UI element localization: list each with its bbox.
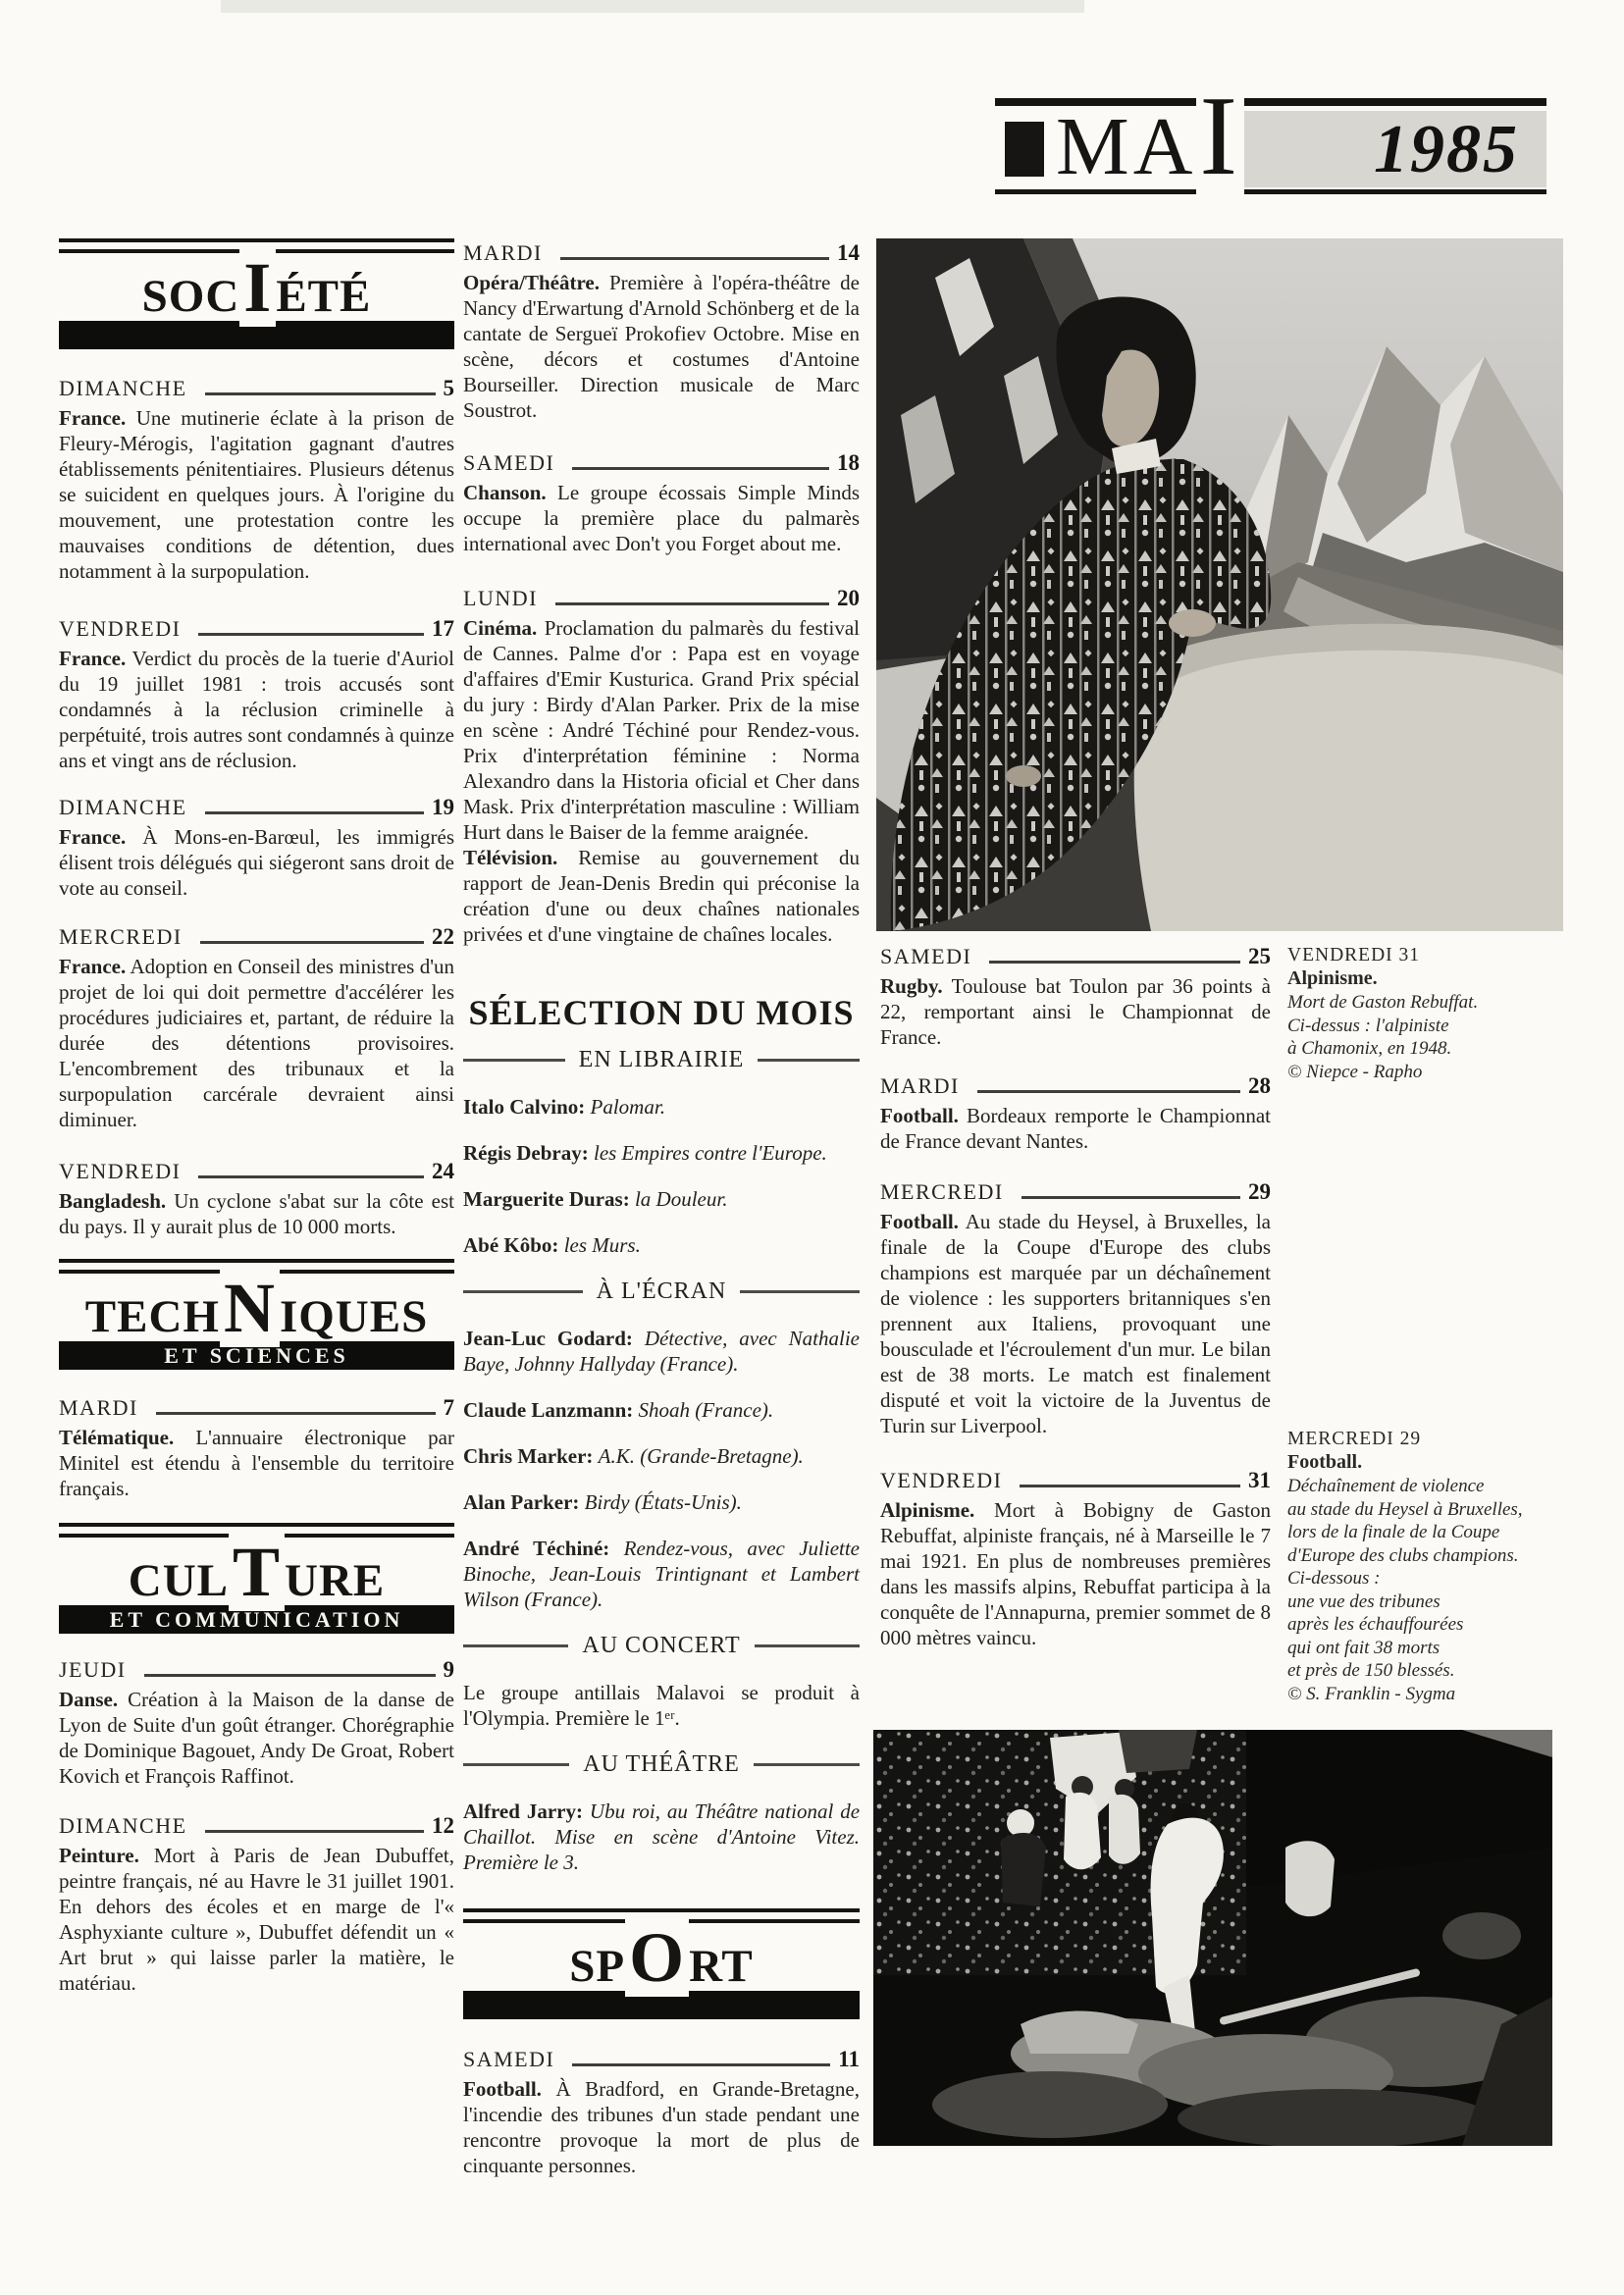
- section-title-pre: TECH: [85, 1291, 220, 1342]
- caption-day: MERCREDI 29: [1287, 1428, 1574, 1451]
- caption-football: MERCREDI 29 Football. Déchaînement de vi…: [1287, 1428, 1574, 1705]
- director-name: André Téchiné:: [463, 1537, 609, 1560]
- caption-credit: © S. Franklin - Sygma: [1287, 1683, 1574, 1706]
- work-title: A.K. (Grande-Bretagne).: [599, 1444, 804, 1468]
- entry-topic: Bangladesh.: [59, 1189, 166, 1213]
- entry-day-number: 9: [444, 1657, 455, 1683]
- entry-day-number: 28: [1248, 1073, 1271, 1099]
- entry-vendredi-31: VENDREDI 31 Alpinisme. Mort à Bobigny de…: [880, 1468, 1271, 1650]
- book-item: Italo Calvino: Palomar.: [463, 1094, 860, 1120]
- entry-body: Alpinisme. Mort à Bobigny de Gaston Rebu…: [880, 1497, 1271, 1650]
- entry-day-number: 11: [838, 2047, 860, 2072]
- subhead-rule-left: [463, 1290, 583, 1293]
- entry-day: DIMANCHE: [59, 1813, 187, 1839]
- entry-body: France. Une mutinerie éclate à la prison…: [59, 405, 454, 584]
- entry-vendredi-24: VENDREDI 24 Bangladesh. Un cyclone s'aba…: [59, 1159, 454, 1239]
- entry-body: Peinture. Mort à Paris de Jean Dubuffet,…: [59, 1843, 454, 1996]
- section-title-post: URE: [285, 1555, 385, 1606]
- entry-samedi-25: SAMEDI 25 Rugby. Toulouse bat Toulon par…: [880, 944, 1271, 1050]
- entry-day-number: 25: [1248, 944, 1271, 969]
- film-item: Alan Parker: Birdy (États-Unis).: [463, 1489, 860, 1515]
- entry-day: MERCREDI: [880, 1179, 1004, 1205]
- section-title-big-letter: I: [239, 248, 276, 327]
- entry-mardi-7: MARDI 7 Télématique. L'annuaire électron…: [59, 1395, 454, 1501]
- section-banner-sport: SPORT: [463, 1908, 860, 2019]
- entry-header: VENDREDI 17: [59, 616, 454, 642]
- entry-body: Bangladesh. Un cyclone s'abat sur la côt…: [59, 1188, 454, 1239]
- entry-day: MARDI: [59, 1395, 138, 1421]
- entry-samedi-11: SAMEDI 11 Football. À Bradford, en Grand…: [463, 2047, 860, 2178]
- entry-day: SAMEDI: [880, 944, 971, 969]
- entry-topic: France.: [59, 406, 126, 430]
- entry-topic: Football.: [880, 1104, 959, 1127]
- caption-day: VENDREDI 31: [1287, 944, 1574, 967]
- entry-text: Au stade du Heysel, à Bruxelles, la fina…: [880, 1210, 1271, 1437]
- entry-vendredi-17: VENDREDI 17 France. Verdict du procès de…: [59, 616, 454, 773]
- entry-rule: [572, 467, 829, 470]
- entry-day-number: 19: [432, 795, 454, 820]
- entry-topic: Alpinisme.: [880, 1498, 974, 1522]
- entry-topic: Chanson.: [463, 481, 547, 504]
- entry-day-number: 14: [837, 240, 860, 266]
- month-title-pre: MA: [1056, 101, 1196, 192]
- black-square-marker: [1005, 122, 1044, 177]
- caption-line: qui ont fait 38 morts: [1287, 1637, 1574, 1660]
- entry-day-number: 17: [432, 616, 454, 642]
- work-title: les Empires contre l'Europe.: [594, 1141, 827, 1165]
- entry-topic: Cinéma.: [463, 616, 537, 640]
- subhead-label: À L'ÉCRAN: [583, 1278, 741, 1305]
- photo-gaston-rebuffat-chamonix: [876, 238, 1563, 931]
- caption-line: d'Europe des clubs champions.: [1287, 1544, 1574, 1568]
- film-item: Claude Lanzmann: Shoah (France).: [463, 1397, 860, 1423]
- mountain-climber-illustration: [876, 238, 1563, 931]
- entry-rule: [198, 1175, 424, 1178]
- work-title: Birdy (États-Unis).: [585, 1490, 742, 1514]
- entry-body: Rugby. Toulouse bat Toulon par 36 points…: [880, 973, 1271, 1050]
- entry-topic: France.: [59, 825, 126, 849]
- entry-header: SAMEDI 18: [463, 450, 860, 476]
- subsection-en-librairie: EN LIBRAIRIE: [463, 1047, 860, 1073]
- column-center: MARDI 14 Opéra/Théâtre. Première à l'opé…: [463, 240, 860, 2178]
- subhead-rule-right: [740, 1290, 860, 1293]
- entry-dimanche-5: DIMANCHE 5 France. Une mutinerie éclate …: [59, 376, 454, 584]
- entry-mardi-14: MARDI 14 Opéra/Théâtre. Première à l'opé…: [463, 240, 860, 423]
- work-title: Shoah (France).: [639, 1398, 774, 1422]
- year-label: 1985: [1221, 111, 1546, 189]
- section-title-post: RT: [689, 1941, 754, 1992]
- entry-header: DIMANCHE 12: [59, 1813, 454, 1839]
- caption-line: et près de 150 blessés.: [1287, 1659, 1574, 1683]
- entry-topic: Opéra/Théâtre.: [463, 271, 600, 294]
- entry-body: Football. Au stade du Heysel, à Bruxelle…: [880, 1209, 1271, 1438]
- entry-mardi-28: MARDI 28 Football. Bordeaux remporte le …: [880, 1073, 1271, 1154]
- subhead-rule-right: [755, 1644, 860, 1647]
- section-banner-culture: CULTURE ET COMMUNICATION: [59, 1523, 454, 1634]
- page-header: 1985 MAI: [993, 86, 1548, 204]
- entry-samedi-18: SAMEDI 18 Chanson. Le groupe écossais Si…: [463, 450, 860, 556]
- entry-header: MARDI 14: [463, 240, 860, 266]
- month-title: MAI: [1056, 86, 1244, 187]
- entry-rule: [989, 961, 1240, 964]
- entry-text: Création à la Maison de la danse de Lyon…: [59, 1688, 454, 1788]
- entry-day-number: 7: [444, 1395, 455, 1421]
- entry-rule: [1020, 1485, 1240, 1487]
- entry-rule: [156, 1412, 436, 1415]
- entry-header: VENDREDI 24: [59, 1159, 454, 1184]
- entry-topic: Rugby.: [880, 974, 943, 998]
- subhead-rule-left: [463, 1763, 569, 1766]
- section-title-big-letter: N: [220, 1269, 280, 1347]
- subsection-a-l-ecran: À L'ÉCRAN: [463, 1278, 860, 1305]
- entry-text: Adoption en Conseil des ministres d'un p…: [59, 955, 454, 1131]
- entry-rule: [198, 633, 424, 636]
- caption-line: au stade du Heysel à Bruxelles,: [1287, 1498, 1574, 1522]
- film-item: Jean-Luc Godard: Détective, avec Nathali…: [463, 1326, 860, 1377]
- entry-day: MERCREDI: [59, 924, 183, 950]
- entry-header: LUNDI 20: [463, 586, 860, 611]
- entry-day-number: 24: [432, 1159, 454, 1184]
- entry-day-number: 29: [1248, 1179, 1271, 1205]
- entry-body: France. Verdict du procès de la tuerie d…: [59, 646, 454, 773]
- entry-day-number: 5: [444, 376, 455, 401]
- director-name: Alan Parker:: [463, 1490, 579, 1514]
- entry-topic: Télévision.: [463, 846, 557, 869]
- concert-text: Le groupe antillais Malavoi se produit à…: [463, 1680, 860, 1731]
- entry-day: MARDI: [880, 1073, 960, 1099]
- director-name: Chris Marker:: [463, 1444, 593, 1468]
- subhead-rule-right: [754, 1763, 860, 1766]
- subhead-rule-right: [758, 1059, 860, 1062]
- section-title-big-letter: O: [625, 1918, 689, 1997]
- caption-topic: Alpinisme.: [1287, 967, 1574, 991]
- entry-day: VENDREDI: [59, 1159, 181, 1184]
- author-name: Italo Calvino:: [463, 1095, 585, 1119]
- section-banner-societe: SOCIÉTÉ: [59, 238, 454, 349]
- author-name: Marguerite Duras:: [463, 1187, 630, 1211]
- entry-day: DIMANCHE: [59, 795, 187, 820]
- entry-body: Football. Bordeaux remporte le Championn…: [880, 1103, 1271, 1154]
- entry-rule: [205, 1830, 424, 1833]
- subhead-label: AU CONCERT: [568, 1633, 754, 1659]
- entry-body: Cinéma. Proclamation du palmarès du fest…: [463, 615, 860, 845]
- entry-day: LUNDI: [463, 586, 538, 611]
- author-name: Alfred Jarry:: [463, 1799, 583, 1823]
- entry-rule: [572, 2063, 830, 2066]
- entry-rule: [977, 1090, 1240, 1093]
- entry-dimanche-19: DIMANCHE 19 France. À Mons-en-Barœul, le…: [59, 795, 454, 901]
- entry-body: Opéra/Théâtre. Première à l'opéra-théâtr…: [463, 270, 860, 423]
- caption-line: à Chamonix, en 1948.: [1287, 1037, 1574, 1061]
- entry-day: VENDREDI: [59, 616, 181, 642]
- director-name: Jean-Luc Godard:: [463, 1327, 633, 1350]
- column-right: SAMEDI 25 Rugby. Toulouse bat Toulon par…: [880, 944, 1271, 1650]
- entry-topic: Football.: [880, 1210, 959, 1233]
- caption-line: Ci-dessous :: [1287, 1567, 1574, 1591]
- selection-du-mois: SÉLECTION DU MOIS EN LIBRAIRIE Italo Cal…: [463, 992, 860, 1875]
- entry-text: Une mutinerie éclate à la prison de Fleu…: [59, 406, 454, 583]
- month-title-big-letter: I: [1196, 74, 1244, 199]
- entry-header: MARDI 7: [59, 1395, 454, 1421]
- author-name: Abé Kôbo:: [463, 1233, 558, 1257]
- author-name: Régis Debray:: [463, 1141, 589, 1165]
- section-title-post: ÉTÉ: [276, 271, 371, 322]
- entry-topic: Danse.: [59, 1688, 118, 1711]
- section-title-techniques: TECHNIQUES: [59, 1280, 454, 1335]
- entry-day: MARDI: [463, 240, 543, 266]
- entry-header: VENDREDI 31: [880, 1468, 1271, 1493]
- year-box: 1985: [1221, 111, 1546, 187]
- entry-topic: France.: [59, 647, 126, 670]
- entry-day-number: 31: [1248, 1468, 1271, 1493]
- entry-rule: [560, 257, 829, 260]
- entry-body-2: Télévision. Remise au gouvernement du ra…: [463, 845, 860, 947]
- entry-rule: [1022, 1196, 1240, 1199]
- film-item: Chris Marker: A.K. (Grande-Bretagne).: [463, 1443, 860, 1469]
- entry-body: Football. À Bradford, en Grande-Bretagne…: [463, 2076, 860, 2178]
- caption-topic: Football.: [1287, 1451, 1574, 1475]
- entry-header: MERCREDI 29: [880, 1179, 1271, 1205]
- subhead-label: AU THÉÂTRE: [569, 1751, 754, 1778]
- entry-header: MARDI 28: [880, 1073, 1271, 1099]
- entry-text: Proclamation du palmarès du festival de …: [463, 616, 860, 844]
- caption-alpinisme: VENDREDI 31 Alpinisme. Mort de Gaston Re…: [1287, 944, 1574, 1083]
- entry-day-number: 20: [837, 586, 860, 611]
- director-name: Claude Lanzmann:: [463, 1398, 633, 1422]
- caption-line: Ci-dessus : l'alpiniste: [1287, 1015, 1574, 1038]
- entry-day: SAMEDI: [463, 2047, 554, 2072]
- entry-day: VENDREDI: [880, 1468, 1002, 1493]
- entry-header: SAMEDI 25: [880, 944, 1271, 969]
- section-title-culture: CULTURE: [59, 1544, 454, 1599]
- entry-mercredi-22: MERCREDI 22 France. Adoption en Conseil …: [59, 924, 454, 1132]
- theatre-item: Alfred Jarry: Ubu roi, au Théâtre nation…: [463, 1799, 860, 1875]
- entry-body: France. À Mons-en-Barœul, les immigrés é…: [59, 824, 454, 901]
- entry-lundi-20: LUNDI 20 Cinéma. Proclamation du palmarè…: [463, 586, 860, 947]
- photo-heysel-tribunes: [873, 1730, 1552, 2146]
- entry-rule: [555, 602, 829, 605]
- entry-day: SAMEDI: [463, 450, 554, 476]
- entry-body: Chanson. Le groupe écossais Simple Minds…: [463, 480, 860, 556]
- entry-header: DIMANCHE 5: [59, 376, 454, 401]
- caption-line: une vue des tribunes: [1287, 1591, 1574, 1614]
- work-title: les Murs.: [564, 1233, 641, 1257]
- entry-day-number: 12: [432, 1813, 454, 1839]
- entry-rule: [144, 1674, 436, 1677]
- subhead-rule-left: [463, 1644, 568, 1647]
- entry-rule: [205, 392, 436, 395]
- entry-topic: Télématique.: [59, 1426, 174, 1449]
- entry-jeudi-9: JEUDI 9 Danse. Création à la Maison de l…: [59, 1657, 454, 1789]
- section-banner-techniques: TECHNIQUES ET SCIENCES: [59, 1259, 454, 1370]
- caption-line: Mort de Gaston Rebuffat.: [1287, 991, 1574, 1015]
- caption-credit: © Niepce - Rapho: [1287, 1061, 1574, 1084]
- entry-day: JEUDI: [59, 1657, 127, 1683]
- work-title: Palomar.: [591, 1095, 665, 1119]
- entry-rule: [200, 941, 424, 944]
- entry-day-number: 18: [837, 450, 860, 476]
- section-title-pre: CUL: [129, 1555, 229, 1606]
- section-title-big-letter: T: [229, 1533, 285, 1611]
- entry-header: DIMANCHE 19: [59, 795, 454, 820]
- subhead-rule-left: [463, 1059, 565, 1062]
- entry-header: SAMEDI 11: [463, 2047, 860, 2072]
- entry-topic: Football.: [463, 2077, 542, 2101]
- work-title: la Douleur.: [635, 1187, 728, 1211]
- entry-topic: France.: [59, 955, 126, 978]
- subhead-label: EN LIBRAIRIE: [565, 1047, 759, 1073]
- column-societe: SOCIÉTÉ DIMANCHE 5 France. Une mutinerie…: [59, 238, 454, 1996]
- entry-body: Télématique. L'annuaire électronique par…: [59, 1425, 454, 1501]
- entry-mercredi-29: MERCREDI 29 Football. Au stade du Heysel…: [880, 1179, 1271, 1438]
- entry-header: JEUDI 9: [59, 1657, 454, 1683]
- section-title-pre: SOC: [142, 271, 240, 322]
- entry-rule: [205, 811, 424, 814]
- caption-line: après les échauffourées: [1287, 1613, 1574, 1637]
- entry-topic: Peinture.: [59, 1844, 139, 1867]
- section-title-societe: SOCIÉTÉ: [59, 260, 454, 315]
- stadium-crowd-illustration: [873, 1730, 1552, 2146]
- book-item: Abé Kôbo: les Murs.: [463, 1232, 860, 1258]
- section-title-pre: SP: [569, 1941, 625, 1992]
- book-item: Marguerite Duras: la Douleur.: [463, 1186, 860, 1212]
- entry-dimanche-12: DIMANCHE 12 Peinture. Mort à Paris de Je…: [59, 1813, 454, 1996]
- scan-artifact: [221, 0, 1084, 13]
- magazine-page: 1985 MAI SOCIÉTÉ DIMANCHE 5 France. Une …: [0, 0, 1624, 2295]
- caption-line: Déchaînement de violence: [1287, 1475, 1574, 1498]
- selection-title: SÉLECTION DU MOIS: [463, 992, 860, 1033]
- caption-line: lors de la finale de la Coupe: [1287, 1521, 1574, 1544]
- book-item: Régis Debray: les Empires contre l'Europ…: [463, 1140, 860, 1166]
- subsection-au-concert: AU CONCERT: [463, 1633, 860, 1659]
- entry-body: Danse. Création à la Maison de la danse …: [59, 1687, 454, 1789]
- entry-body: France. Adoption en Conseil des ministre…: [59, 954, 454, 1132]
- section-title-sport: SPORT: [463, 1930, 860, 1985]
- entry-day: DIMANCHE: [59, 376, 187, 401]
- film-item: André Téchiné: Rendez-vous, avec Juliett…: [463, 1536, 860, 1612]
- entry-header: MERCREDI 22: [59, 924, 454, 950]
- section-title-post: IQUES: [280, 1291, 428, 1342]
- entry-day-number: 22: [432, 924, 454, 950]
- subsection-au-theatre: AU THÉÂTRE: [463, 1751, 860, 1778]
